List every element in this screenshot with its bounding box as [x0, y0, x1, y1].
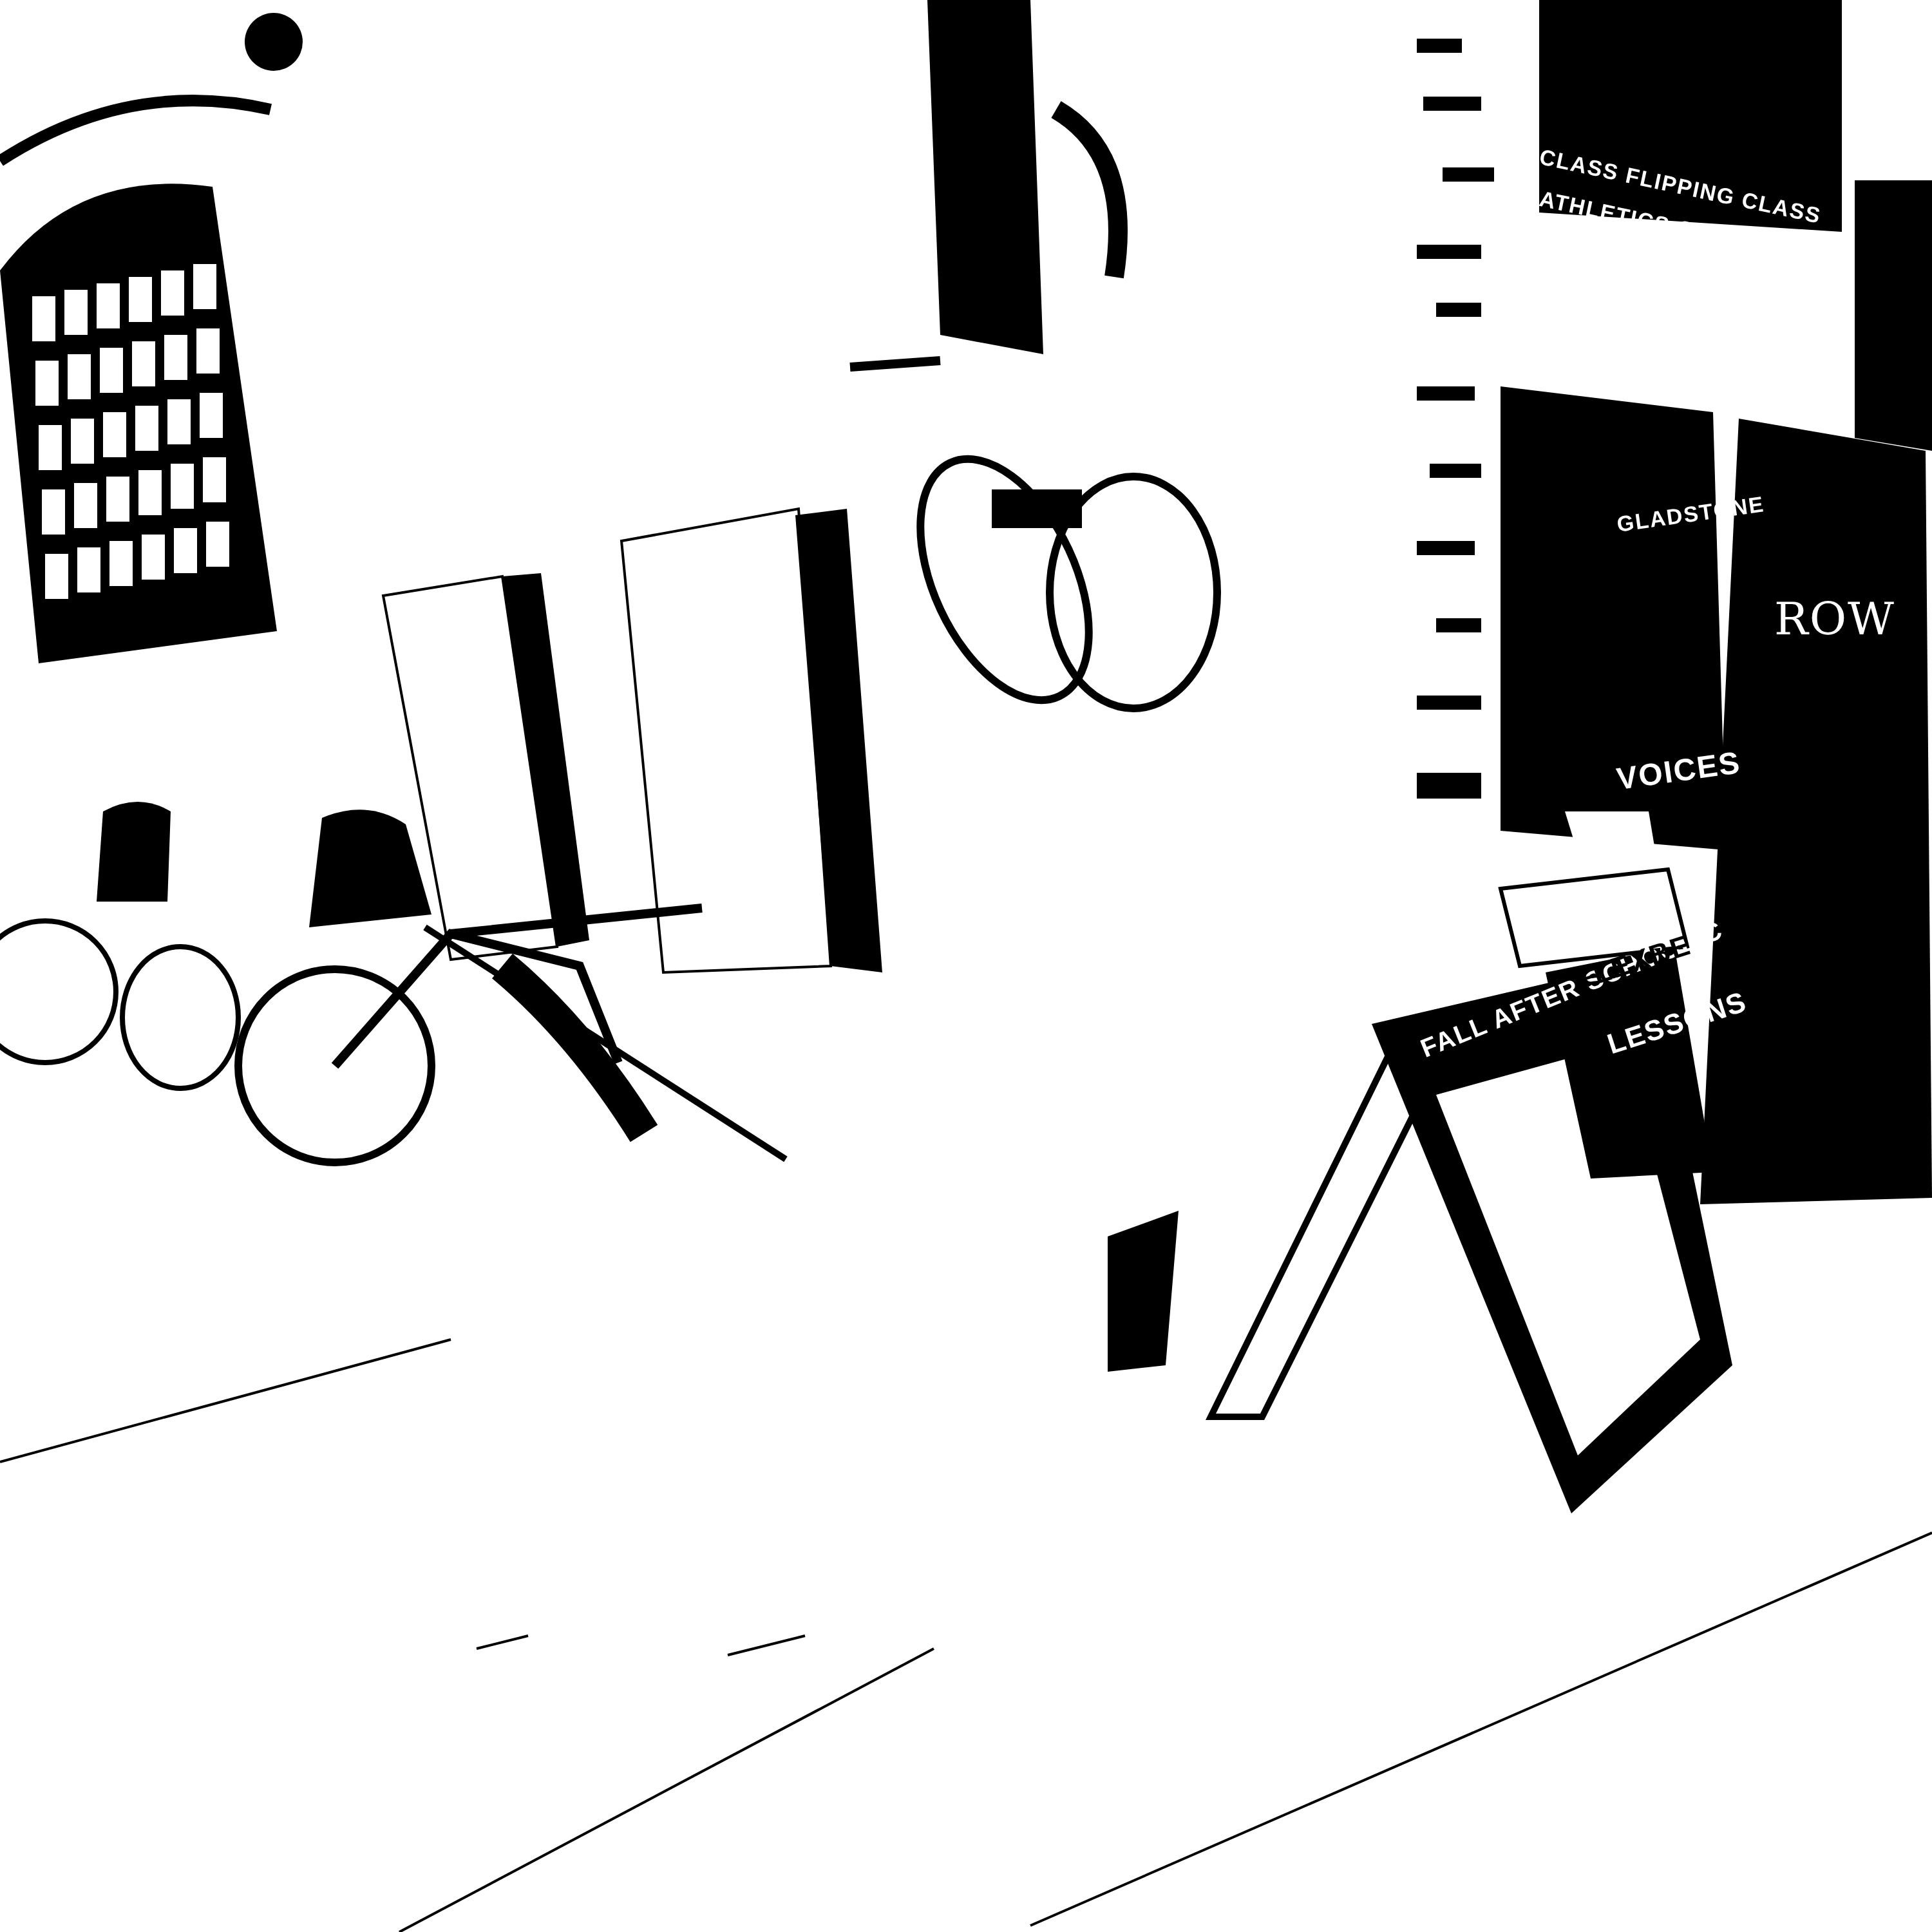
tall-door-right [621, 509, 882, 972]
hanging-bicycle [850, 0, 1217, 726]
door-word: ROW [1774, 592, 1895, 645]
arched-grid-window [0, 13, 303, 663]
